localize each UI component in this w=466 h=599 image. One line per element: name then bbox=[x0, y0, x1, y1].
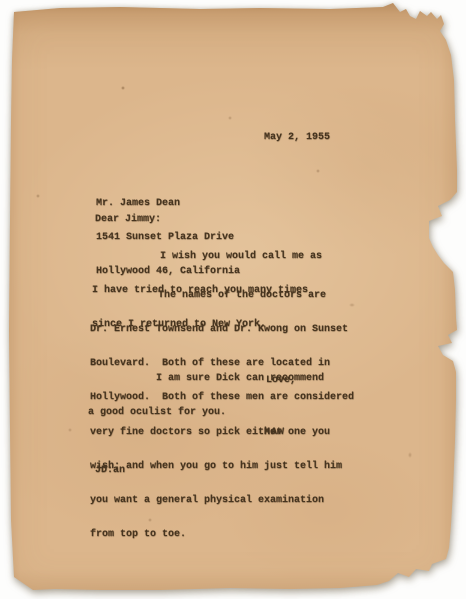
letter-line: wish; and when you go to him just tell h… bbox=[90, 461, 354, 472]
paragraph-3: I am sure Dick can recommend a good ocul… bbox=[88, 350, 324, 441]
closing: Love, bbox=[266, 375, 296, 386]
letter-scan: May 2, 1955 Mr. James Dean 1541 Sunset P… bbox=[0, 0, 466, 599]
letter-line: a good oculist for you. bbox=[88, 407, 324, 418]
letter-line: you want a general physical examination bbox=[90, 495, 354, 506]
signature-initials: MAW bbox=[264, 427, 285, 438]
letter-date: May 2, 1955 bbox=[264, 132, 330, 143]
letter-paper: May 2, 1955 Mr. James Dean 1541 Sunset P… bbox=[0, 0, 466, 599]
paper-shadow: May 2, 1955 Mr. James Dean 1541 Sunset P… bbox=[0, 0, 466, 599]
recipient-name: Mr. James Dean bbox=[96, 198, 240, 209]
letter-line: Dr. Ernest Townsend and Dr. Kwong on Sun… bbox=[90, 324, 354, 335]
letter-line: I wish you would call me as bbox=[92, 251, 322, 262]
typist-reference: JD:an bbox=[95, 465, 125, 476]
salutation: Dear Jimmy: bbox=[95, 214, 161, 225]
letter-line: The names of the doctors are bbox=[90, 290, 354, 301]
letter-line: from top to toe. bbox=[90, 529, 354, 540]
